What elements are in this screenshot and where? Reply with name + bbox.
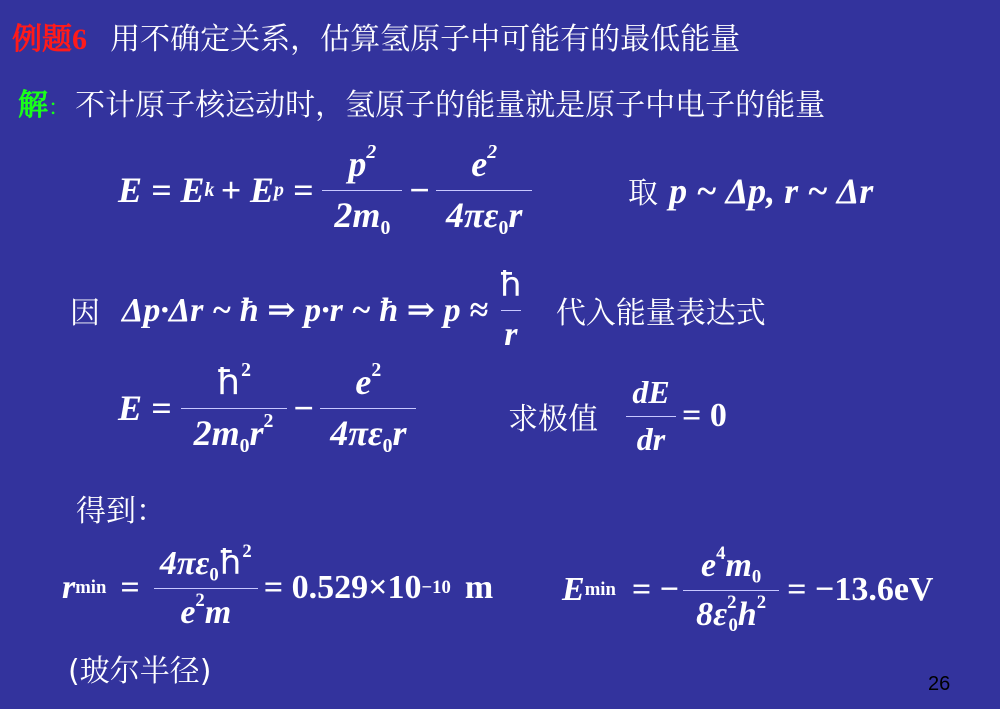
emin-den-sub: 0 xyxy=(728,615,737,636)
eq1-potential-fraction: e2 4πε0r xyxy=(436,146,532,235)
rmin-fraction: 4πε0ħ2 e2m xyxy=(154,546,258,630)
rmin-equals: = xyxy=(120,569,139,607)
result-label: 得到： xyxy=(76,486,166,530)
eq2-lhs: E = xyxy=(118,387,181,429)
rmin-value: = 0.529×10 xyxy=(264,569,422,607)
eq2-f2-num: e xyxy=(355,362,371,402)
eq1-f2-num: e xyxy=(471,144,487,184)
rmin-num-sup: 2 xyxy=(242,541,251,562)
emin-value: = −13.6eV xyxy=(787,571,933,609)
eq1-minus: − xyxy=(408,169,430,211)
min-energy-equation: Emin = − e4m0 8ε20h2 = −13.6eV xyxy=(562,540,934,640)
eq2-potential-fraction: e2 4πε0r xyxy=(320,364,416,453)
energy-equation-substituted: E = ħ2 2m0r2 − e2 4πε0r xyxy=(118,358,416,458)
eq1-f2-num-sup: 2 xyxy=(487,141,497,163)
emin-num-sub: 0 xyxy=(752,566,761,587)
rmin-den-a: e xyxy=(180,594,195,631)
solution-text: 不计原子核运动时，氢原子的能量就是原子中电子的能量 xyxy=(75,88,825,123)
eq2-kinetic-fraction: ħ2 2m0r2 xyxy=(181,364,287,453)
eq2-f2-den-tail: r xyxy=(393,413,407,453)
rmin-den-sup: 2 xyxy=(195,590,204,611)
derivative-den: dr xyxy=(637,423,665,457)
eq1-f1-den: 2m xyxy=(334,195,380,235)
bohr-radius-note: (玻尔半径) xyxy=(68,646,211,690)
assume-label: 取 xyxy=(628,176,658,211)
because-frac-den: r xyxy=(504,317,517,353)
eq1-plus: + E xyxy=(220,169,274,211)
extremum-label: 求极值 xyxy=(508,394,598,438)
eq1-f2-den-tail: r xyxy=(508,195,522,235)
bohr-radius-equation: rmin = 4πε0ħ2 e2m = 0.529×10−10 m xyxy=(62,540,493,636)
rmin-den-b: m xyxy=(205,594,231,631)
title-line: 例题6 用不确定关系，估算氢原子中可能有的最低能量 xyxy=(12,14,740,58)
because-tail: 代入能量表达式 xyxy=(556,288,766,332)
eq1-f2-den-sub: 0 xyxy=(498,216,508,238)
eq1-f1-den-sub: 0 xyxy=(380,216,390,238)
eq2-f1-num-sup: 2 xyxy=(241,359,251,381)
emin-fraction: e4m0 8ε20h2 xyxy=(683,548,779,632)
eq1-f2-den: 4πε xyxy=(446,195,498,235)
title-text: 用不确定关系，估算氢原子中可能有的最低能量 xyxy=(110,22,740,57)
eq2-minus: − xyxy=(293,387,315,429)
assume-expr: p ~ Δp, r ~ Δr xyxy=(669,171,873,211)
eq2-f1-den-sub: 0 xyxy=(240,434,250,456)
because-line: 因 Δp·Δr ~ ħ ⇒ p·r ~ ħ ⇒ p ≈ ħ r 代入能量表达式 xyxy=(70,262,766,358)
emin-den-sup: 2 xyxy=(727,592,736,613)
eq1-f1-num: p xyxy=(348,144,366,184)
extremum-condition: 求极值 dE dr = 0 xyxy=(508,368,727,464)
eq1-kinetic-fraction: p2 2m0 xyxy=(322,146,402,235)
eq2-f2-num-sup: 2 xyxy=(371,359,381,381)
energy-equation: E = Ek + Ep = p2 2m0 − e2 4πε0r xyxy=(118,140,532,240)
solution-line: 解： 不计原子核运动时，氢原子的能量就是原子中电子的能量 xyxy=(18,80,825,124)
emin-den-sup2: 2 xyxy=(757,592,766,613)
emin-num-b: m xyxy=(725,547,751,584)
emin-den-b: h xyxy=(738,596,757,633)
eq1-lhs: E = E xyxy=(118,169,205,211)
rmin-num-b: ħ xyxy=(219,543,243,583)
eq2-f1-den-sup: 2 xyxy=(264,410,274,432)
emin-num-a: e xyxy=(701,547,716,584)
emin-num-sup: 4 xyxy=(716,543,725,564)
because-fraction: ħ r xyxy=(496,268,526,352)
solution-label: 解 xyxy=(18,88,48,123)
eq2-f2-den-sub: 0 xyxy=(383,434,393,456)
extremum-rhs: = 0 xyxy=(682,397,727,435)
derivative-fraction: dE dr xyxy=(626,376,676,456)
solution-colon: ： xyxy=(48,96,70,121)
eq2-f1-den-b: r xyxy=(250,413,264,453)
because-label: 因 xyxy=(70,288,100,332)
rmin-unit: m xyxy=(465,569,493,607)
eq2-f1-den-a: 2m xyxy=(194,413,240,453)
rmin-num-sub: 0 xyxy=(209,564,218,585)
rmin-num-a: 4πε xyxy=(160,545,210,582)
derivative-num: dE xyxy=(632,376,669,410)
emin-lhs: E xyxy=(562,571,585,609)
eq2-f2-den: 4πε xyxy=(330,413,382,453)
example-label: 例题6 xyxy=(12,23,87,56)
because-expr: Δp·Δr ~ ħ ⇒ p·r ~ ħ ⇒ p ≈ xyxy=(122,290,488,330)
eq2-f1-num: ħ xyxy=(216,362,241,403)
assumption: 取 p ~ Δp, r ~ Δr xyxy=(628,168,873,212)
rmin-lhs: r xyxy=(62,569,75,607)
page-number: 26 xyxy=(928,673,950,696)
eq1-equals: = xyxy=(284,169,323,211)
because-frac-num: ħ xyxy=(499,268,523,304)
emin-equals: = − xyxy=(632,571,679,609)
emin-den-a: 8ε xyxy=(696,596,727,633)
eq1-f1-num-sup: 2 xyxy=(366,141,376,163)
